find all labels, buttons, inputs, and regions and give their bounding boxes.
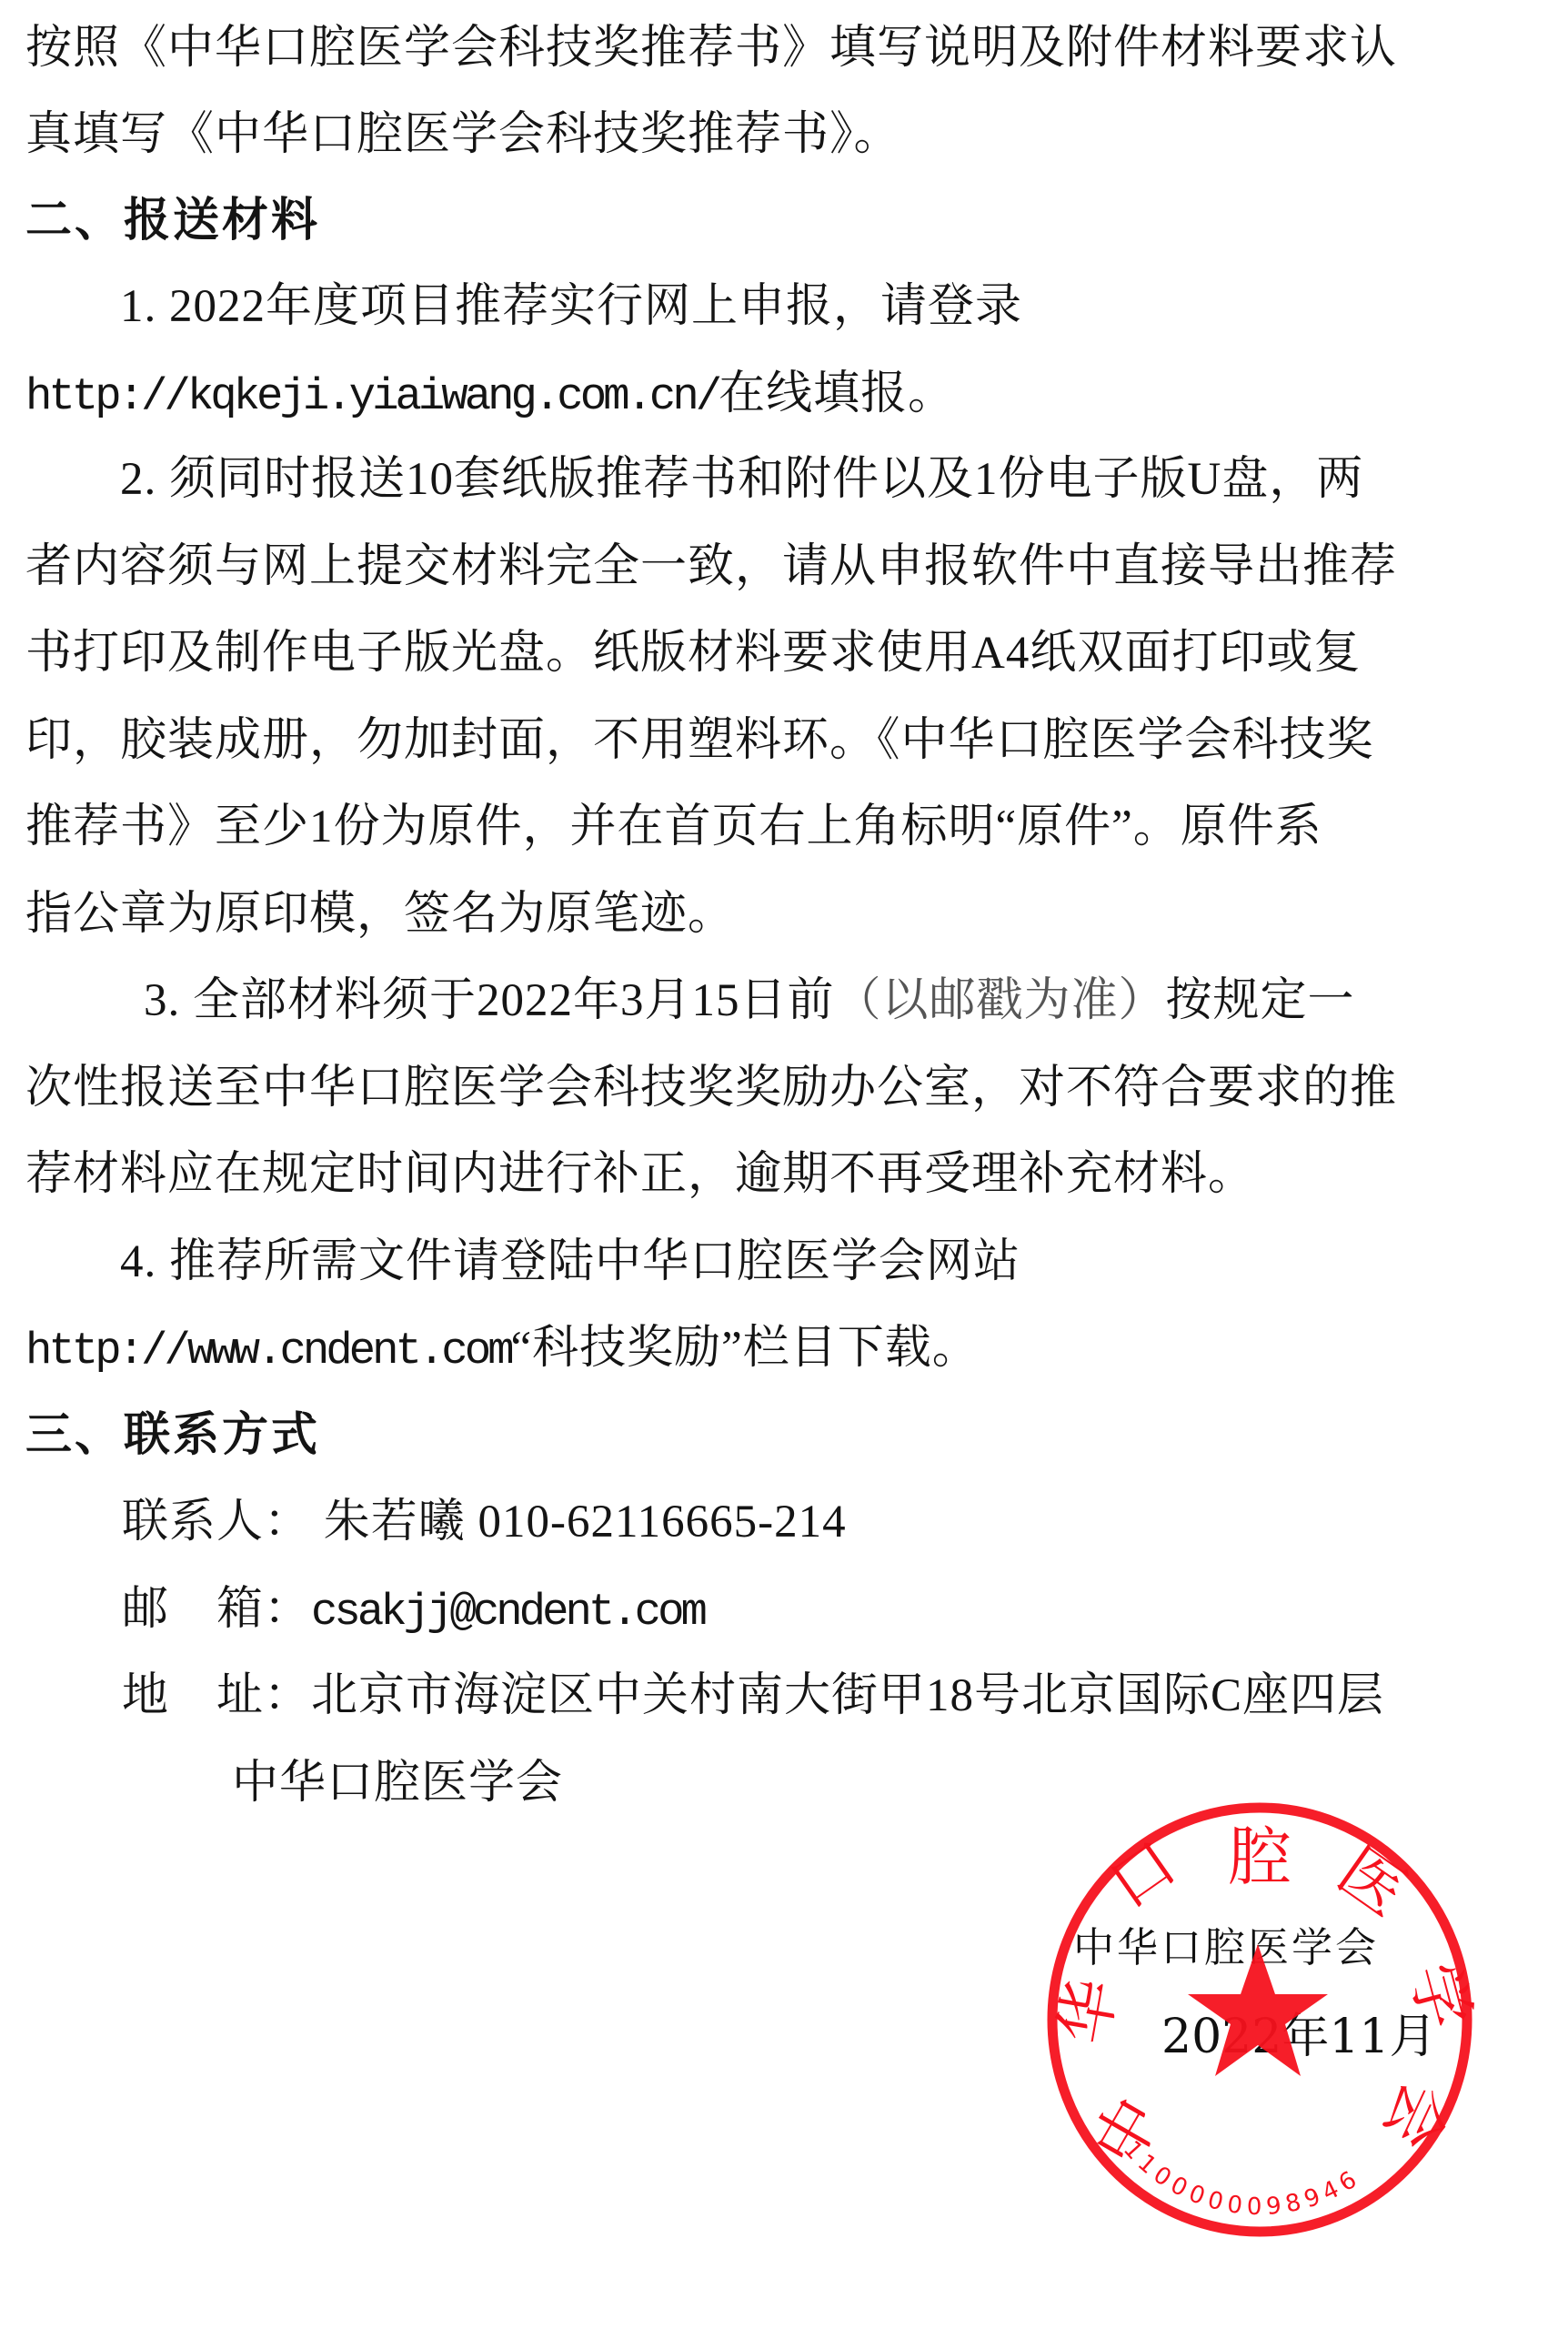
contact-address-row: 地 址：北京市海淀区中关村南大街甲18号北京国际C座四层 <box>122 1669 1384 1723</box>
contact-person-label: 联系人： <box>122 1497 311 1548</box>
paragraph-line: 按照《中华口腔医学会科技奖推荐书》填写说明及附件材料要求认 <box>25 21 1397 76</box>
contact-person-row: 联系人： 朱若曦 010-62116665-214 <box>122 1495 847 1549</box>
svg-text:腔: 腔 <box>1228 1820 1292 1894</box>
paragraph-line: 次性报送至中华口腔医学会科技奖奖励办公室，对不符合要求的推 <box>25 1061 1397 1115</box>
paragraph-line: http://www.cndent.com“科技奖励”栏目下载。 <box>25 1321 980 1376</box>
paragraph-line: 荐材料应在规定时间内进行补正，逾期不再受理补充材料。 <box>25 1147 1255 1202</box>
official-seal: 中华口腔医学会 2022年11月 中 华 口 腔 医 学 会 <box>1037 1792 1483 2247</box>
contact-address-label: 地 址： <box>122 1670 311 1721</box>
list-item-1: 1. 2022年度项目推荐实行网上申报，请登录 <box>120 279 1022 334</box>
list-item-2: 2. 须同时报送10套纸版推荐书和附件以及1份电子版U盘，两 <box>120 452 1363 507</box>
url-suffix-text: “科技奖励”栏目下载。 <box>511 1323 980 1374</box>
svg-text:医: 医 <box>1325 1833 1420 1931</box>
contact-email-link[interactable]: csakjj@cndent.com <box>311 1587 704 1638</box>
document-page: 按照《中华口腔医学会科技奖推荐书》填写说明及附件材料要求认 真填写《中华口腔医学… <box>0 0 1568 2329</box>
deadline-text-end: 按规定一 <box>1166 975 1355 1026</box>
svg-text:会: 会 <box>1369 2071 1463 2160</box>
submission-url-link[interactable]: http://kqkeji.yiaiwang.com.cn/ <box>25 371 719 422</box>
contact-address-line2: 中华口腔医学会 <box>232 1756 563 1810</box>
section-heading-materials: 二、报送材料 <box>25 194 320 248</box>
paragraph-line: 者内容须与网上提交材料完全一致，请从申报软件中直接导出推荐 <box>25 539 1397 594</box>
contact-address-value: 北京市海淀区中关村南大街甲18号北京国际C座四层 <box>311 1670 1384 1721</box>
seal-stamp-icon: 中 华 口 腔 医 学 会 1100000098946 <box>1037 1792 1483 2247</box>
section-heading-contact: 三、联系方式 <box>25 1408 320 1463</box>
deadline-text: 3. 全部材料须于2022年3月15日前 <box>144 975 835 1026</box>
star-icon <box>1188 1944 1328 2076</box>
paragraph-line: http://kqkeji.yiaiwang.com.cn/在线填报。 <box>25 367 955 421</box>
postmark-note: （以邮戳为准） <box>835 975 1166 1026</box>
svg-text:华: 华 <box>1046 1973 1131 2049</box>
contact-email-row: 邮 箱：csakjj@cndent.com <box>122 1582 704 1637</box>
website-url-link[interactable]: http://www.cndent.com <box>25 1326 511 1376</box>
contact-email-label: 邮 箱： <box>122 1584 311 1635</box>
contact-person-value: 朱若曦 010-62116665-214 <box>324 1497 847 1548</box>
list-item-4: 4. 推荐所需文件请登陆中华口腔医学会网站 <box>120 1235 1020 1289</box>
list-item-3: 3. 全部材料须于2022年3月15日前（以邮戳为准）按规定一 <box>144 973 1355 1028</box>
paragraph-line: 指公章为原印模，签名为原笔迹。 <box>25 887 735 942</box>
svg-text:口: 口 <box>1095 1826 1190 1923</box>
paragraph-line: 书打印及制作电子版光盘。纸版材料要求使用A4纸双面打印或复 <box>25 626 1361 681</box>
paragraph-line: 推荐书》至少1份为原件，并在首页右上角标明“原件”。原件系 <box>25 800 1322 854</box>
paragraph-line: 印，胶装成册，勿加封面，不用塑料环。《中华口腔医学会科技奖 <box>25 713 1374 768</box>
paragraph-line: 真填写《中华口腔医学会科技奖推荐书》。 <box>25 107 901 162</box>
url-suffix-text: 在线填报。 <box>719 368 955 419</box>
